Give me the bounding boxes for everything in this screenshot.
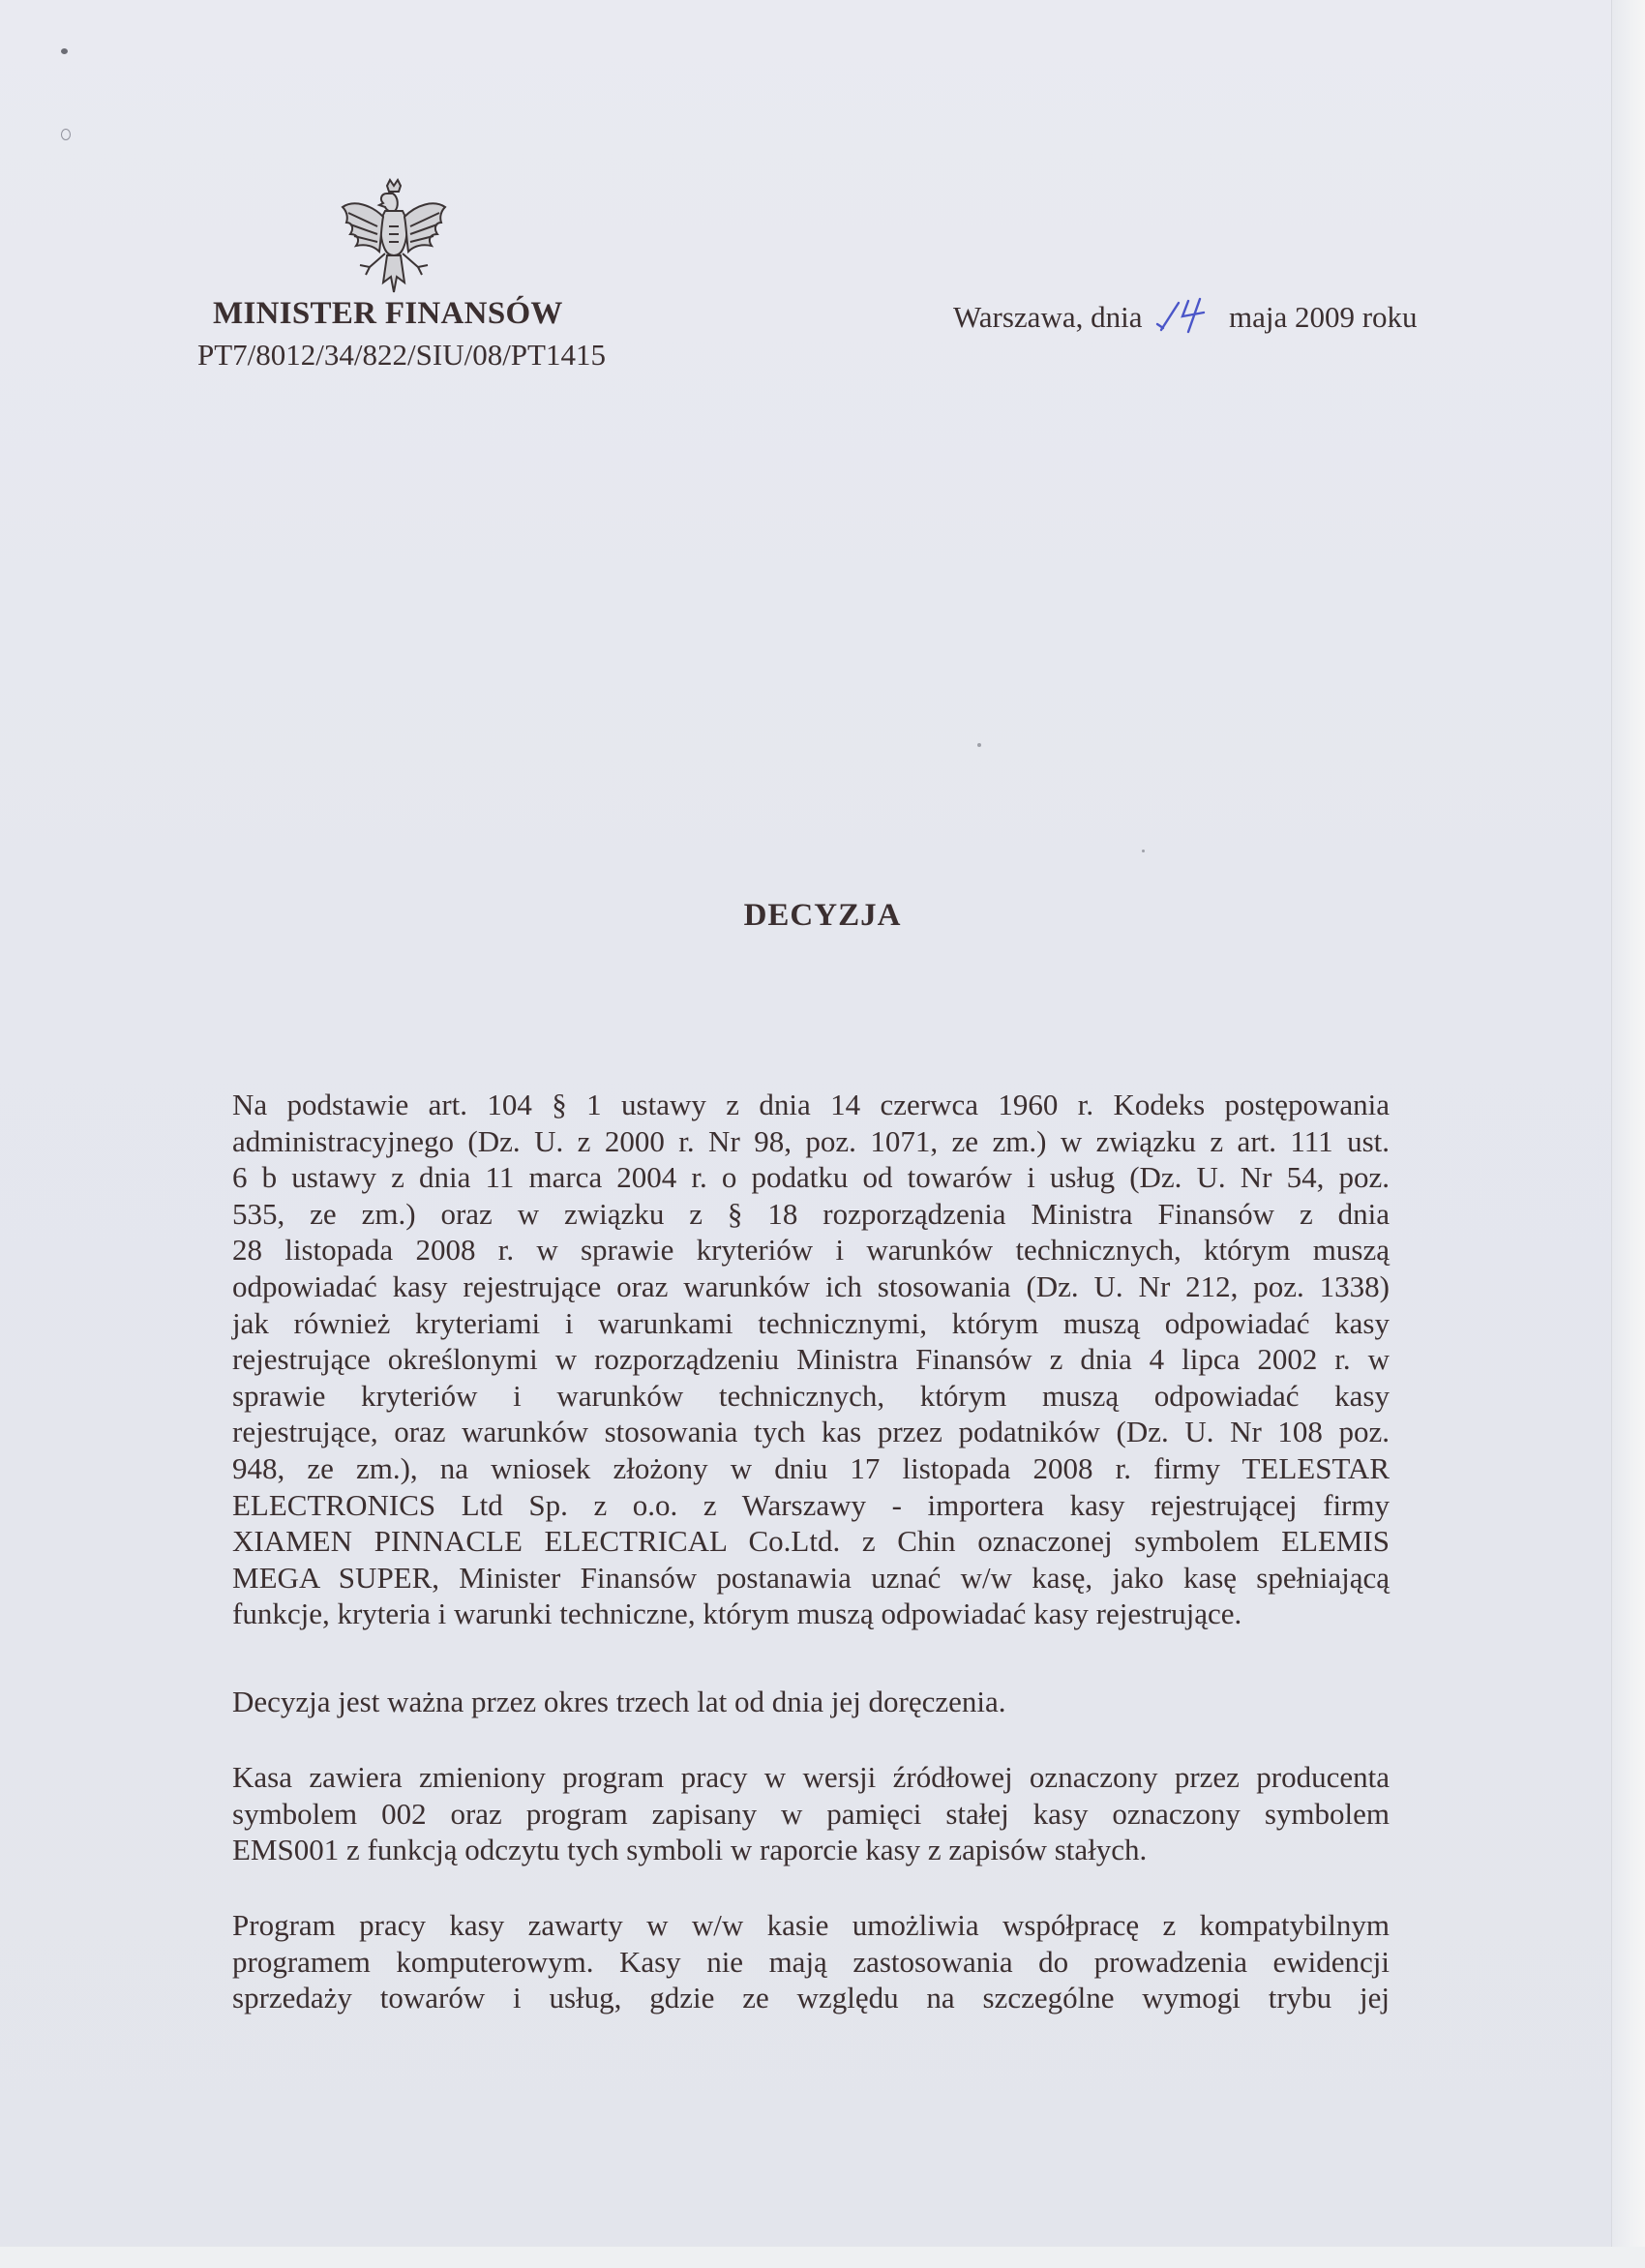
text-line: rejestrujące, oraz warunków stosowania t… <box>232 1414 1390 1450</box>
text-line: funkcje, kryteria i warunki techniczne, … <box>232 1596 1390 1632</box>
text-line: 535, ze zm.) oraz w związku z § 18 rozpo… <box>232 1196 1390 1233</box>
text-line: XIAMEN PINNACLE ELECTRICAL Co.Ltd. z Chi… <box>232 1523 1390 1560</box>
paragraph-validity: Decyzja jest ważna przez okres trzech la… <box>232 1684 1390 1720</box>
text-line: EMS001 z funkcją odczytu tych symboli w … <box>232 1832 1390 1868</box>
text-line: symbolem 002 oraz program zapisany w pam… <box>232 1796 1390 1833</box>
paragraph-program-version: Kasa zawiera zmieniony program pracy w w… <box>232 1759 1390 1868</box>
scanner-bottom-edge <box>0 2247 1645 2268</box>
paragraph-legal-basis: Na podstawie art. 104 § 1 ustawy z dnia … <box>232 1087 1390 1632</box>
punch-hole-ring <box>61 129 71 140</box>
text-line: 948, ze zm.), na wniosek złożony w dniu … <box>232 1450 1390 1487</box>
text-line: Decyzja jest ważna przez okres trzech la… <box>232 1684 1390 1720</box>
text-line: sprzedaży towarów i usług, gdzie ze wzgl… <box>232 1980 1390 2016</box>
scan-speck <box>977 743 981 747</box>
text-line: jak również kryteriami i warunkami techn… <box>232 1305 1390 1342</box>
page-edge-shadow <box>1611 0 1645 2268</box>
text-line: sprawie kryteriów i warunków technicznyc… <box>232 1378 1390 1415</box>
text-line: MEGA SUPER, Minister Finansów postanawia… <box>232 1560 1390 1597</box>
eagle-emblem-icon <box>337 178 451 300</box>
text-line: odpowiadać kasy rejestrujące oraz warunk… <box>232 1268 1390 1305</box>
handwritten-day-signature-icon <box>1150 295 1221 334</box>
date-suffix: maja 2009 roku <box>1229 300 1418 334</box>
reference-number: PT7/8012/34/822/SIU/08/PT1415 <box>197 338 606 373</box>
paragraph-program-compatibility: Program pracy kasy zawarty w w/w kasie u… <box>232 1907 1390 2016</box>
text-line: Program pracy kasy zawarty w w/w kasie u… <box>232 1907 1390 1944</box>
date-line: Warszawa, dnia maja 2009 roku <box>953 300 1418 340</box>
document-title: DECYZJA <box>0 898 1645 934</box>
scan-speck <box>1142 850 1145 852</box>
scanned-page: MINISTER FINANSÓW PT7/8012/34/822/SIU/08… <box>0 0 1645 2268</box>
ministry-name: MINISTER FINANSÓW <box>213 296 563 332</box>
text-line: Kasa zawiera zmieniony program pracy w w… <box>232 1759 1390 1796</box>
text-line: Na podstawie art. 104 § 1 ustawy z dnia … <box>232 1087 1390 1123</box>
text-line: programem komputerowym. Kasy nie mają za… <box>232 1944 1390 1981</box>
text-line: administracyjnego (Dz. U. z 2000 r. Nr 9… <box>232 1123 1390 1160</box>
text-line: rejestrujące określonymi w rozporządzeni… <box>232 1341 1390 1378</box>
punch-hole-mark <box>61 48 68 54</box>
date-prefix: Warszawa, dnia <box>953 300 1142 334</box>
text-line: 6 b ustawy z dnia 11 marca 2004 r. o pod… <box>232 1159 1390 1196</box>
text-line: ELECTRONICS Ltd Sp. z o.o. z Warszawy - … <box>232 1487 1390 1524</box>
text-line: 28 listopada 2008 r. w sprawie kryteriów… <box>232 1232 1390 1268</box>
